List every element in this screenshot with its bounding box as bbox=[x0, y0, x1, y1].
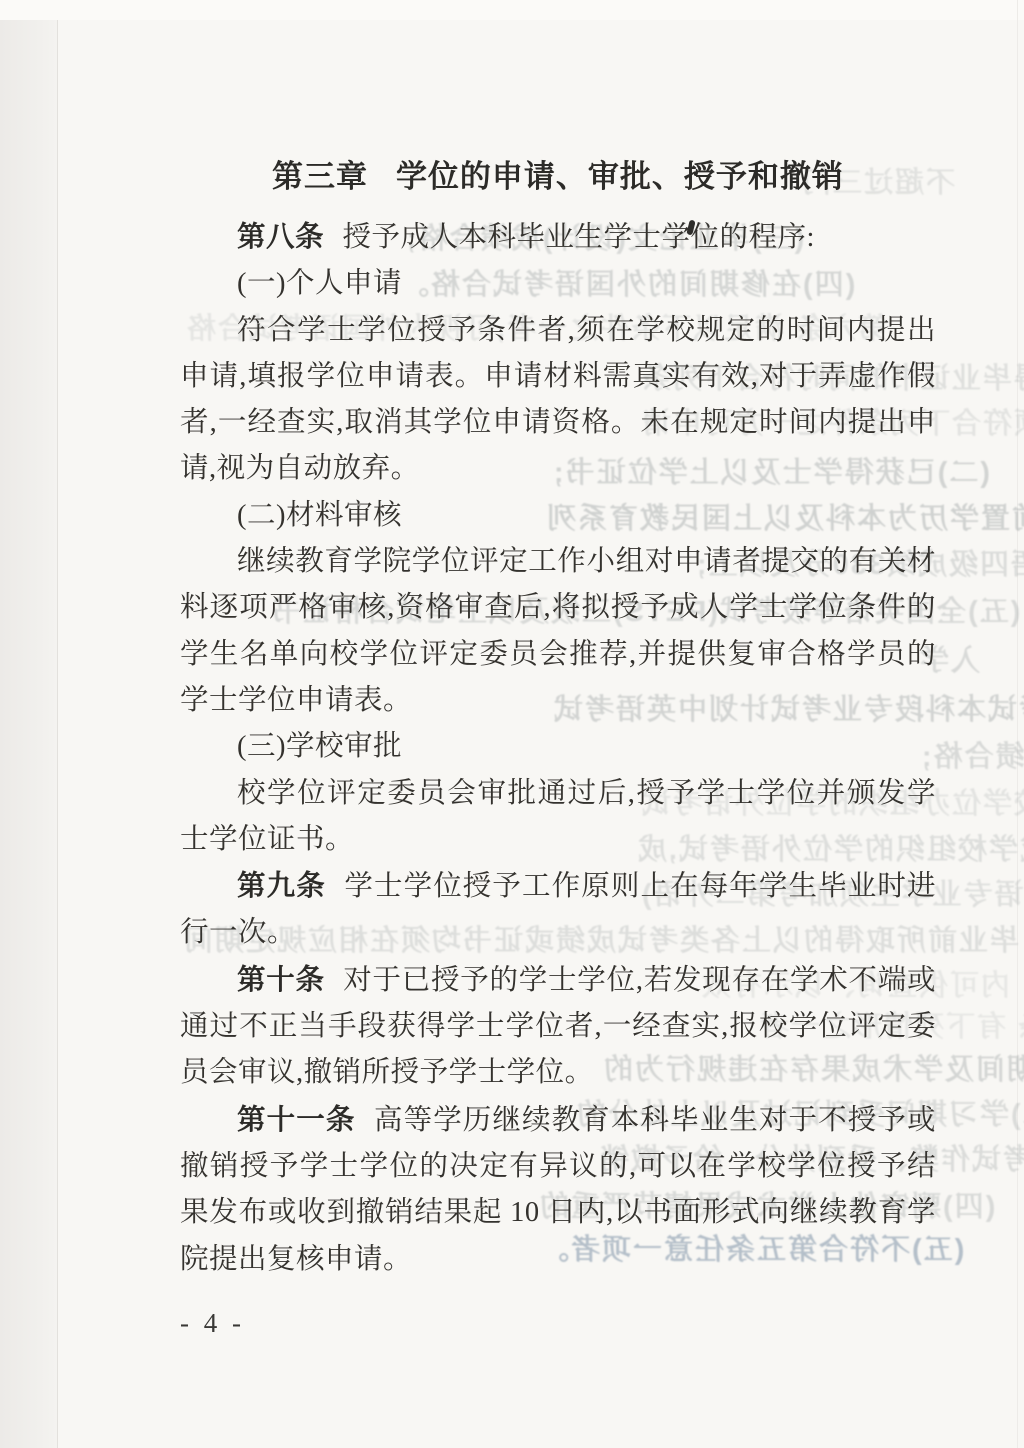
paragraph-article-11: 第十一条高等学历继续教育本科毕业生对于不授予或撤销授予学士学位的决定有异议的,可… bbox=[180, 1097, 936, 1283]
scanned-document-page: 不超过三门(三)毕业论文(设计)成绩合格;(四)在修期间的外国语考试合格。第六条… bbox=[0, 0, 1024, 1448]
paragraph-item-3-body: 校学位评定委员会审批通过后,授予学士学位并颁发学士学位证书。 bbox=[180, 771, 936, 864]
paragraph-item-3: (三)学校审批 bbox=[180, 724, 936, 770]
paragraph-item-2: (二)材料审核 bbox=[180, 493, 936, 539]
item-1-text: (一)个人申请 bbox=[237, 268, 402, 299]
article-11-label: 第十一条 bbox=[237, 1104, 355, 1136]
document-content: 第三章学位的申请、审批、授予和撤销 第八条授予成人本科毕业生学士学位的程序: (… bbox=[180, 156, 936, 1283]
paragraph-article-9: 第九条学士学位授予工作原则上在每年学生毕业时进行一次。 bbox=[180, 863, 936, 957]
article-8-text: 授予成人本科毕业生学士学位的程序: bbox=[343, 222, 815, 253]
article-10-label: 第十条 bbox=[237, 964, 325, 996]
scan-top-band bbox=[0, 0, 1024, 20]
article-8-label: 第八条 bbox=[237, 221, 324, 253]
item-3-text: (三)学校审批 bbox=[237, 731, 402, 762]
chapter-number: 第三章 bbox=[272, 159, 368, 194]
chapter-title: 学位的申请、审批、授予和撤销 bbox=[396, 159, 844, 194]
paragraph-item-2-body: 继续教育学院学位评定工作小组对申请者提交的有关材料逐项严格审核,资格审查后,将拟… bbox=[180, 539, 936, 724]
article-9-label: 第九条 bbox=[237, 870, 326, 902]
scan-left-edge-shadow bbox=[0, 20, 58, 1448]
paragraph-article-10: 第十条对于已授予的学士学位,若发现存在学术不端或通过不正当手段获得学士学位者,一… bbox=[180, 957, 936, 1097]
item-1-body-text: 符合学士学位授予条件者,须在学校规定的时间内提出申请,填报学位申请表。申请材料需… bbox=[180, 315, 936, 485]
item-3-body-text: 校学位评定委员会审批通过后,授予学士学位并颁发学士学位证书。 bbox=[180, 778, 936, 855]
scan-right-edge-line bbox=[1017, 0, 1018, 1448]
article-body: 第八条授予成人本科毕业生学士学位的程序: (一)个人申请 符合学士学位授予条件者… bbox=[180, 214, 936, 1283]
item-2-body-text: 继续教育学院学位评定工作小组对申请者提交的有关材料逐项严格审核,资格审查后,将拟… bbox=[180, 546, 936, 716]
paragraph-item-1: (一)个人申请 bbox=[180, 261, 936, 307]
item-2-text: (二)材料审核 bbox=[237, 500, 402, 531]
paragraph-article-8: 第八条授予成人本科毕业生学士学位的程序: bbox=[180, 214, 936, 261]
page-number: - 4 - bbox=[180, 1308, 245, 1339]
chapter-heading: 第三章学位的申请、审批、授予和撤销 bbox=[180, 156, 936, 198]
paragraph-item-1-body: 符合学士学位授予条件者,须在学校规定的时间内提出申请,填报学位申请表。申请材料需… bbox=[180, 308, 936, 493]
